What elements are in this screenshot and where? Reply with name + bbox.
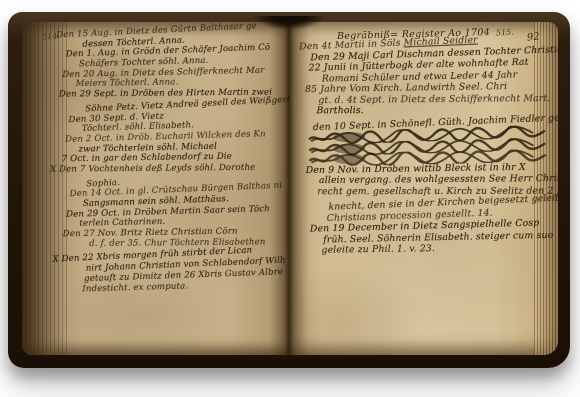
photo-background: 514. Den 15 Aug. in Dietz des Gürtn Balt…: [0, 0, 580, 397]
right-page-text: Den 4t Martii in Söls Michail SeidlerDen…: [299, 33, 558, 257]
handwriting-line: allein vergang. des wohlgesessten See He…: [319, 173, 558, 187]
spine-notch: [254, 16, 324, 30]
left-page-text: Den 15 Aug. in Dietz des Gürtn Balthasar…: [56, 22, 290, 295]
book: 514. Den 15 Aug. in Dietz des Gürtn Balt…: [8, 12, 570, 368]
right-page: Begräbniß= Register Ao 1704 515. 92 Den …: [289, 22, 558, 355]
left-page: 514. Den 15 Aug. in Dietz des Gürtn Balt…: [22, 22, 290, 355]
